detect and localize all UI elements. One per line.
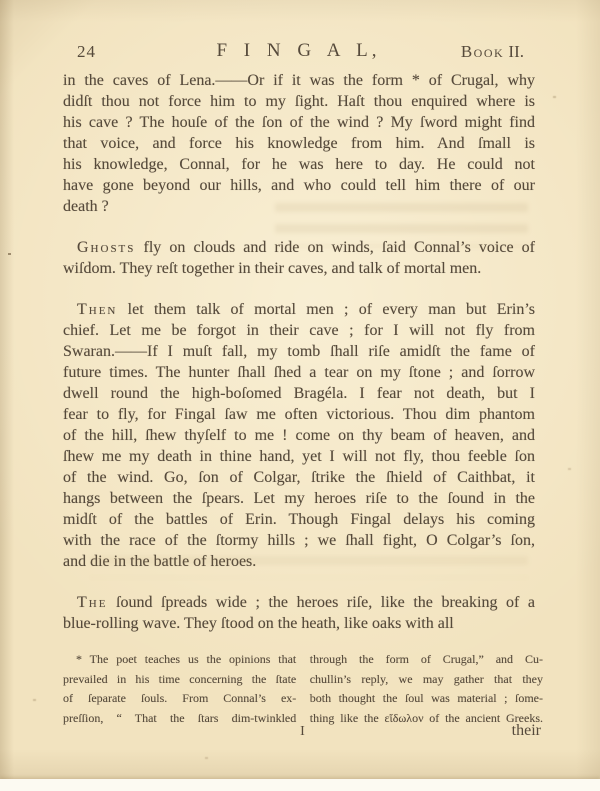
text-line: that voice, and force his knowledge from… bbox=[63, 133, 535, 154]
text-line: wiſdom. They reſt together in their cave… bbox=[63, 258, 535, 279]
paragraph-4: The ſound ſpreads wide ; the heroes riſe… bbox=[63, 592, 535, 634]
book-page: 24 F I N G A L, Book II. in the caves of… bbox=[0, 0, 600, 791]
text-line: with the race of the ſtormy hills ; we ſ… bbox=[63, 530, 535, 551]
paragraph-lead-word: Then bbox=[77, 301, 117, 318]
text-line-rest: ſound ſpreads wide ; the heroes riſe, li… bbox=[107, 594, 535, 611]
text-line: fear to fly, for Fingal ſaw me often vic… bbox=[63, 404, 535, 425]
footnote-column-right: through the form of Crugal,” and Cu- chu… bbox=[310, 650, 543, 728]
text-line: Swaran.——If I muſt fall, my tomb ſhall r… bbox=[63, 341, 535, 362]
text-line: midſt of the battles of Erin. Though Fin… bbox=[63, 509, 535, 530]
catchword: their bbox=[512, 722, 541, 740]
footer-line: I their bbox=[63, 724, 543, 744]
text-line: dwell round the high-boſomed Bragéla. I … bbox=[63, 383, 535, 404]
text-line: ſhew me my death in thine hand, yet I wi… bbox=[63, 446, 535, 467]
paragraph-3: Then let them talk of mortal men ; of ev… bbox=[63, 299, 535, 572]
text-line: future times. The hunter ſhall ſhed a te… bbox=[63, 362, 535, 383]
book-number: II. bbox=[504, 42, 524, 61]
text-line: The ſound ſpreads wide ; the heroes riſe… bbox=[63, 592, 535, 613]
page-edge bbox=[0, 779, 600, 791]
text-line: of the wind. Go, ſon of Colgar, ſtrike t… bbox=[63, 467, 535, 488]
footnote-line: both thought the ſoul was material ; ſom… bbox=[310, 689, 543, 709]
footnote-line: * The poet teaches us the opinions that bbox=[63, 650, 296, 670]
footnote-line: prevailed in his time concerning the ſta… bbox=[63, 670, 296, 690]
text-line-rest: fly on clouds and ride on winds, ſaid Co… bbox=[135, 239, 535, 256]
paragraph-1: in the caves of Lena.——Or if it was the … bbox=[63, 70, 535, 217]
text-line: hangs between the ſpears. Let my heroes … bbox=[63, 488, 535, 509]
text-line: blue-rolling wave. They ſtood on the hea… bbox=[63, 613, 535, 634]
text-line: chief. Let me be forgot in their cave ; … bbox=[63, 320, 535, 341]
main-text: in the caves of Lena.——Or if it was the … bbox=[63, 70, 535, 634]
book-label: Book II. bbox=[461, 42, 524, 62]
signature-mark: I bbox=[300, 724, 306, 740]
paragraph-lead-word: The bbox=[77, 594, 107, 611]
text-line: his cave ? The houſe of the ſon of the w… bbox=[63, 112, 535, 133]
footnote: * The poet teaches us the opinions that … bbox=[63, 650, 543, 728]
page-header: 24 F I N G A L, Book II. bbox=[63, 40, 534, 64]
footnote-line: of ſeparate ſouls. From Connal’s ex- bbox=[63, 689, 296, 709]
text-line-rest: let them talk of mortal men ; of every m… bbox=[117, 301, 535, 318]
text-line: death ? bbox=[63, 196, 535, 217]
book-word: Book bbox=[461, 42, 504, 61]
paragraph-2: Ghosts fly on clouds and ride on winds, … bbox=[63, 237, 535, 279]
footnote-line: through the form of Crugal,” and Cu- bbox=[310, 650, 543, 670]
text-line: have gone beyond our hills, and who coul… bbox=[63, 175, 535, 196]
text-line: Ghosts fly on clouds and ride on winds, … bbox=[63, 237, 535, 258]
footnote-line: chullin’s reply, we may gather that they bbox=[310, 670, 543, 690]
text-line: of the hill, ſhew thyſelf to me ! come o… bbox=[63, 425, 535, 446]
paragraph-lead-word: Ghosts bbox=[77, 239, 135, 256]
text-line: and die in the battle of heroes. bbox=[63, 551, 535, 572]
text-line: didſt thou not force him to my ſight. Ha… bbox=[63, 91, 535, 112]
text-line: in the caves of Lena.——Or if it was the … bbox=[63, 70, 535, 91]
footnote-column-left: * The poet teaches us the opinions that … bbox=[63, 650, 296, 728]
text-line: his knowledge, Connal, for he was here t… bbox=[63, 154, 535, 175]
paper-specks bbox=[0, 0, 3, 2]
text-line: Then let them talk of mortal men ; of ev… bbox=[63, 299, 535, 320]
